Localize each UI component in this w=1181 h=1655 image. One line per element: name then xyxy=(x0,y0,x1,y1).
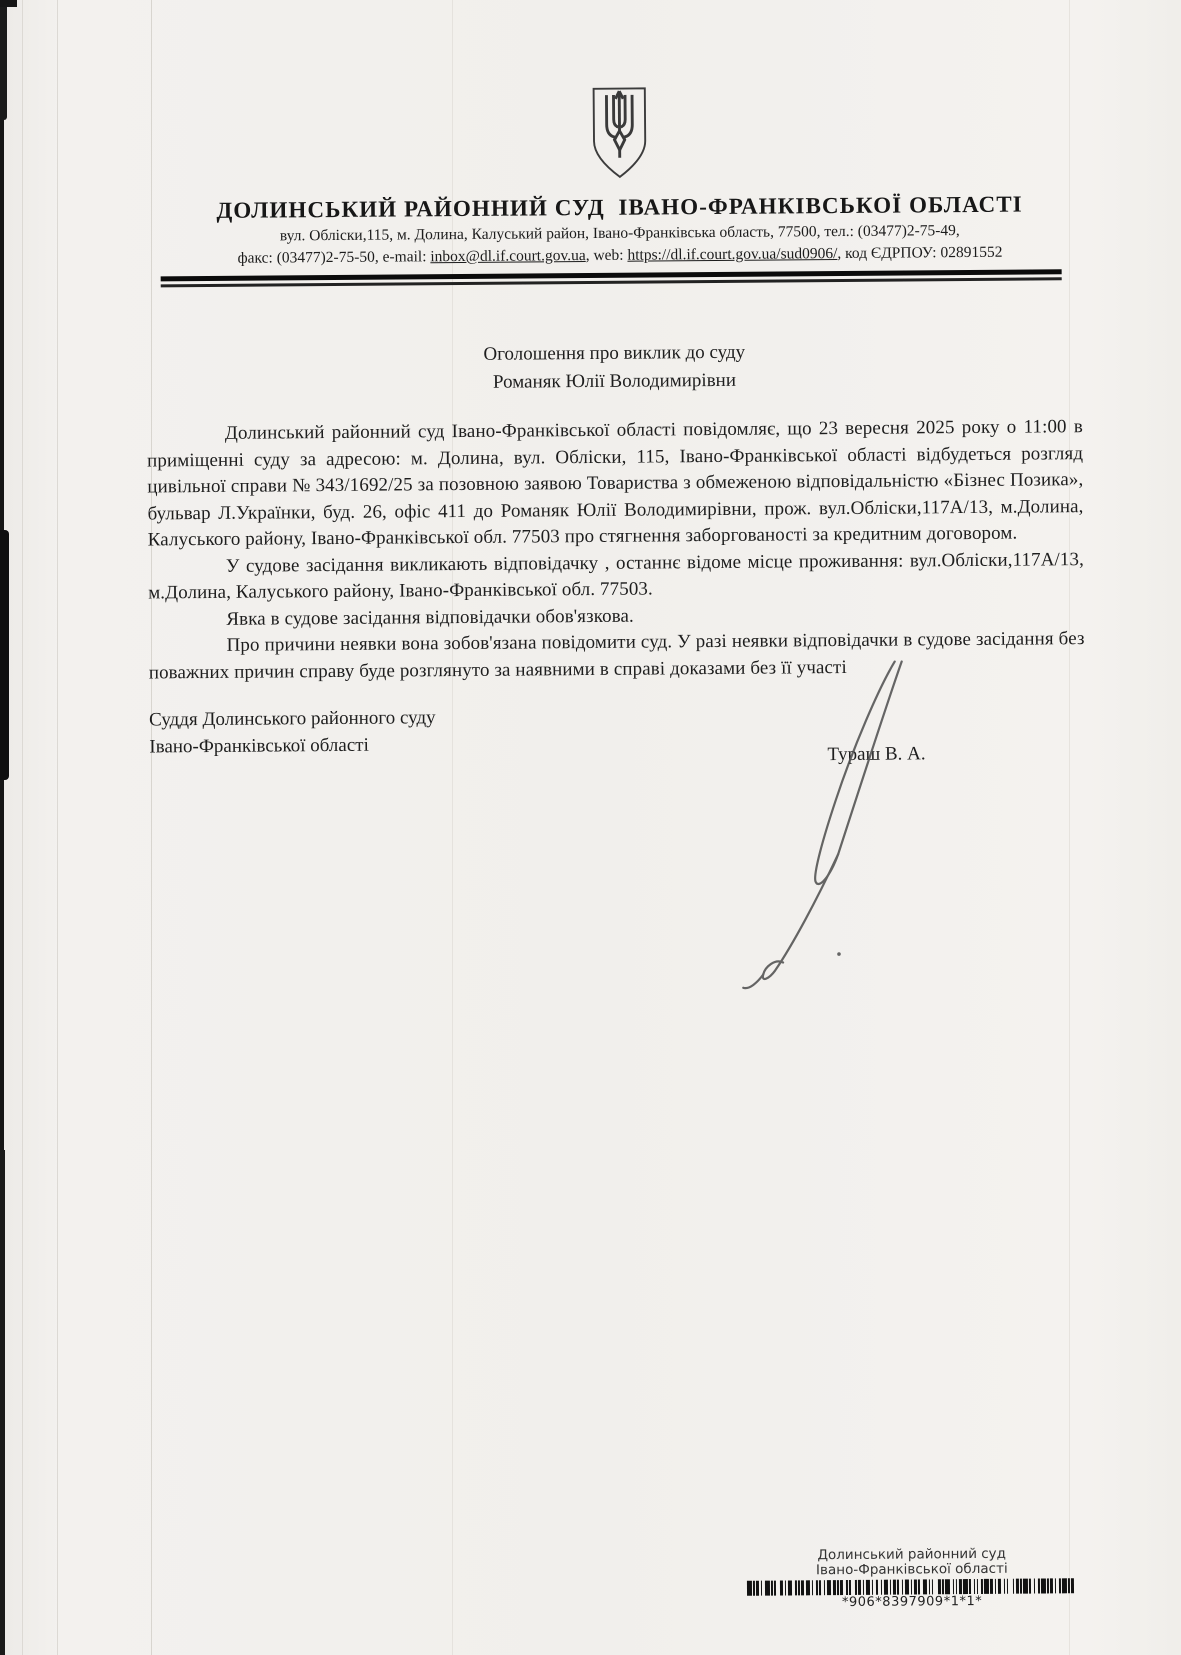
handwritten-signature-stroke xyxy=(691,647,924,999)
letterhead: ДОЛИНСЬКИЙ РАЙОННИЙ СУД ІВАНО-ФРАНКІВСЬК… xyxy=(0,0,1177,289)
website-text: https://dl.if.court.gov.ua/sud0906/ xyxy=(627,245,837,264)
title-line2: Романяк Юлії Володимирівни xyxy=(146,364,1082,399)
body-paragraph: Про причини неявки вона зобов'язана пові… xyxy=(148,626,1084,686)
announcement-title: Оголошення про виклик до суду Романяк Юл… xyxy=(146,336,1082,399)
web-label: , web: xyxy=(586,247,628,264)
barcode xyxy=(747,1578,1077,1596)
fax-text: факс: (03477)2-75-50, e-mail: xyxy=(237,248,430,267)
letterhead-separator-rule xyxy=(161,269,1062,287)
signature-block: Суддя Долинського районного суду Івано-Ф… xyxy=(149,699,1086,836)
edrpou-code: , код ЄДРПОУ: 02891552 xyxy=(837,244,1002,262)
email-text: inbox@dl.if.court.gov.ua xyxy=(430,247,585,265)
stamp-court-line2: Івано-Франківської області xyxy=(756,1561,1068,1578)
registration-stamp: Долинський районний суд Івано-Франківськ… xyxy=(756,1546,1068,1610)
barcode-value: *906*8397909*1*1* xyxy=(756,1593,1068,1610)
body-paragraph: У судове засідання викликають відповідач… xyxy=(148,547,1084,607)
document-content: ДОЛИНСЬКИЙ РАЙОННИЙ СУД ІВАНО-ФРАНКІВСЬК… xyxy=(0,0,1181,1655)
scanned-court-document: ДОЛИНСЬКИЙ РАЙОННИЙ СУД ІВАНО-ФРАНКІВСЬК… xyxy=(0,0,1181,1655)
ukraine-trident-emblem-icon xyxy=(587,86,652,185)
ink-dot xyxy=(837,952,841,956)
body-paragraph: Долинський районний суд Івано-Франківськ… xyxy=(147,414,1084,554)
document-body: Долинський районний суд Івано-Франківськ… xyxy=(147,414,1085,686)
